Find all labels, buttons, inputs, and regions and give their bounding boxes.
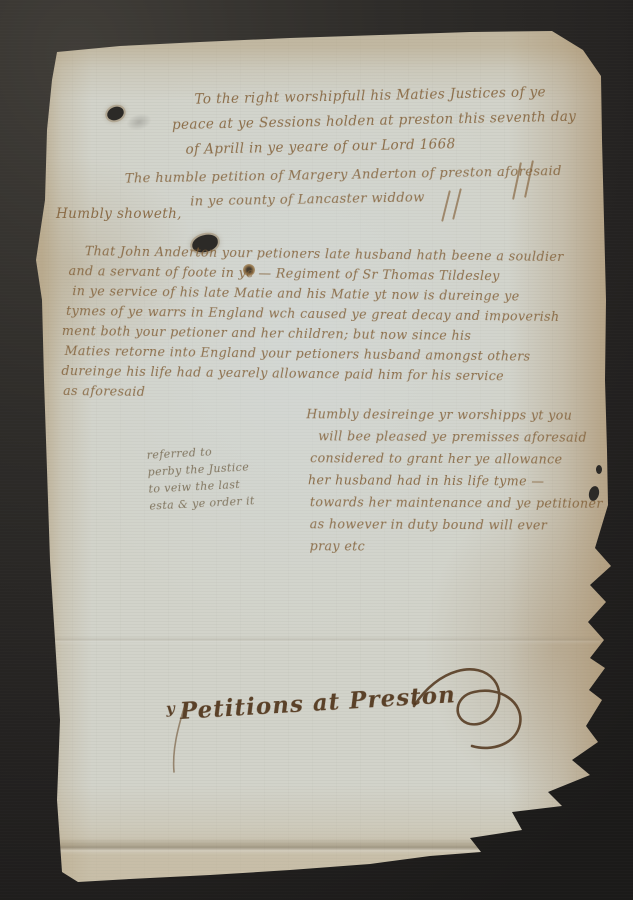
photograph-background: To the right worshipfull his Maties Just…: [0, 0, 633, 900]
prayer-line: pray etc: [310, 535, 603, 559]
pen-descender-stroke: [160, 706, 200, 776]
prayer-line: towards her maintenance and ye petitione…: [310, 491, 603, 515]
salutation: Humbly showeth,: [56, 206, 182, 222]
prayer-block: Humbly desireinge yr worshipps yt you wi…: [300, 403, 604, 559]
heading-block: To the right worshipfull his Maties Just…: [167, 80, 577, 164]
paper-crease: [48, 636, 600, 644]
prayer-line: as however in duty bound will ever: [310, 513, 603, 537]
prayer-line: considered to grant her ye allowance: [310, 447, 603, 471]
prayer-line: her husband had in his life tyme —: [308, 469, 603, 493]
manuscript-sheet: To the right worshipfull his Maties Just…: [0, 0, 633, 900]
petition-body-block: That John Anderton your petioners late h…: [61, 241, 564, 407]
pen-flourish-icon: [408, 658, 538, 758]
prayer-line: will bee pleased ye premisses aforesaid: [318, 425, 603, 448]
marginal-annotation: referred to perby the Justice to veiw th…: [146, 441, 255, 514]
paper-fold-crease: [48, 838, 600, 854]
prayer-line: Humbly desireinge yr worshipps yt you: [306, 403, 603, 427]
